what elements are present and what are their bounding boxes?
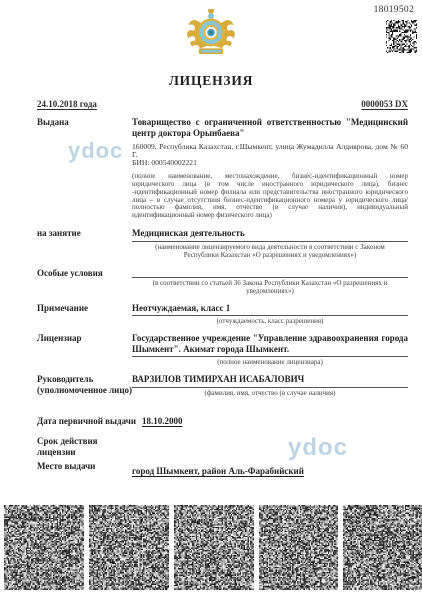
licensor-value: Государственное учреждение "Управление з… — [132, 333, 408, 357]
field-special-conditions-label: Особые условия — [37, 268, 132, 279]
licensee-bin: БИН: 000540002221 — [132, 159, 408, 167]
field-activity-note: (наименование лицензируемого вида деятел… — [138, 243, 402, 259]
field-licensor-label: Лицензиар — [37, 333, 132, 344]
licensee-name: Товарищество с ограниченной ответственно… — [132, 117, 408, 138]
field-first-issue-date-label: Дата первичной выдачи — [37, 416, 136, 427]
first-issue-date-value: 18.10.2000 — [142, 416, 183, 427]
field-licensor-note: (полное наименование лицензиара) — [138, 358, 402, 366]
date-number-row: 24.10.2018 года 0000053 DX — [37, 99, 408, 109]
licensee-address: 160009, Республика Казахстан, г.Шымкент,… — [132, 143, 408, 159]
license-number: 0000053 DX — [361, 99, 408, 109]
field-special-conditions-note: (в соответствии со статьей 36 Закона Рес… — [138, 279, 402, 295]
barcode-block — [343, 505, 422, 590]
field-issue-place-label: Место выдачи — [37, 461, 132, 472]
field-special-conditions: Особые условия (в соответствии со статье… — [37, 268, 408, 295]
field-head-label-line2: (уполномоченное лицо) — [37, 385, 132, 396]
special-conditions-value — [132, 268, 408, 278]
field-head-label: Руководитель (уполномоченное лицо) — [37, 374, 132, 395]
field-licensor: Лицензиар Государственное учреждение "Уп… — [37, 333, 408, 366]
field-head-label-line1: Руководитель — [37, 374, 132, 385]
field-first-issue-date: Дата первичной выдачи 18.10.2000 — [37, 416, 408, 427]
field-remark-note: (отчуждаемость, класс разрешения) — [138, 317, 402, 325]
barcode-block — [4, 505, 84, 590]
kazakhstan-emblem-icon — [183, 8, 239, 57]
field-head-note: (фамилия, имя, отчество (в случае наличи… — [138, 389, 402, 397]
document-title: ЛИЦЕНЗИЯ — [0, 73, 422, 89]
field-remark: Примечание Неотчуждаемая, класс 1 (отчуж… — [37, 303, 408, 326]
head-name-value: ВАРЗИЛОВ ТИМИРХАН ИСАБАЛОВИЧ — [132, 374, 408, 388]
field-remark-label: Примечание — [37, 303, 132, 314]
field-activity: на занятие Медицинская деятельность (наи… — [37, 228, 408, 259]
document-serial-number: 18019502 — [374, 5, 414, 15]
field-issue-place: Место выдачи город Шымкент, район Аль-Фа… — [37, 461, 408, 479]
license-document-page: 18019502 ЛИЦЕНЗИЯ 24.10.2018 года 000005… — [0, 0, 422, 600]
document-body: 24.10.2018 года 0000053 DX Выдана Товари… — [37, 99, 408, 479]
barcode-block — [89, 505, 169, 590]
field-issued-to-note: (полное наименование, местонахождение, б… — [132, 173, 408, 220]
field-validity-label: Срок действия лицензии — [37, 436, 132, 457]
field-activity-label: на занятие — [37, 228, 132, 239]
qr-code — [386, 20, 417, 53]
barcode-strip — [4, 505, 418, 590]
activity-value: Медицинская деятельность — [132, 228, 408, 242]
field-head: Руководитель (уполномоченное лицо) ВАРЗИ… — [37, 374, 408, 397]
issue-place-value: город Шымкент, район Аль-Фарабийский — [132, 466, 304, 476]
field-validity: Срок действия лицензии — [37, 436, 408, 457]
field-issued-to-label: Выдана — [37, 117, 132, 128]
barcode-block — [174, 505, 254, 590]
barcode-block — [259, 505, 339, 590]
field-issued-to: Выдана Товарищество с ограниченной ответ… — [37, 117, 408, 220]
remark-value: Неотчуждаемая, класс 1 — [132, 303, 408, 317]
issue-date: 24.10.2018 года — [37, 99, 97, 109]
